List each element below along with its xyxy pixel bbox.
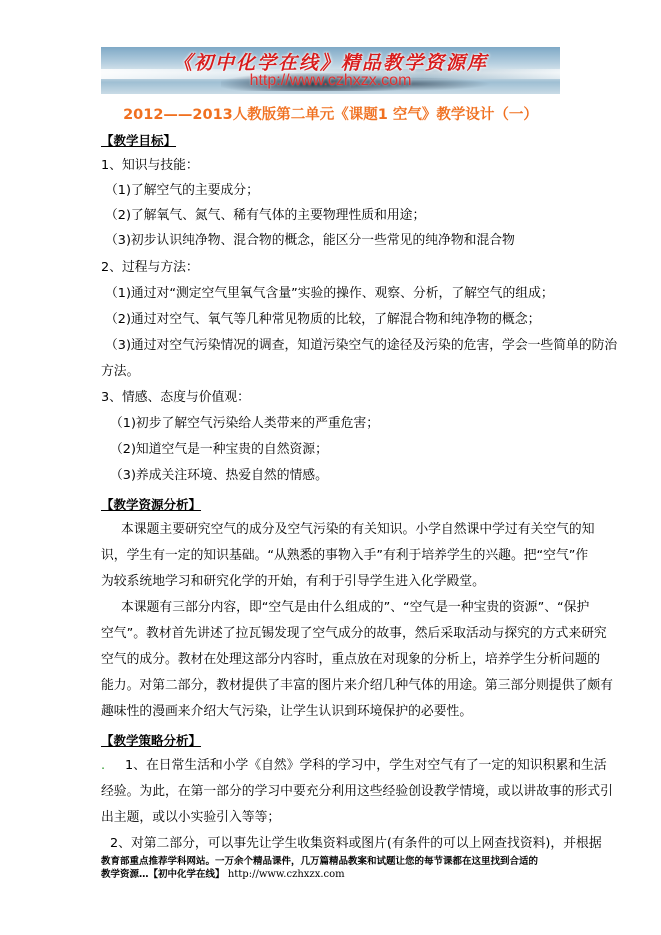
- text-line: 识，学生有一定的知识基础。“从熟悉的事物入手”有利于培养学生的兴趣。把“空气”作: [101, 548, 588, 564]
- text-line: （2)通过对空气、氧气等几种常见物质的比较，了解混合物和纯净物的概念；: [105, 312, 540, 328]
- text-line: （2)了解氧气、氮气、稀有气体的主要物理性质和用途；: [105, 208, 425, 224]
- text-line: （3)通过对空气污染情况的调查，知道污染空气的途径及污染的危害，学会一些简单的防…: [105, 338, 617, 354]
- banner-url[interactable]: http://www.czhxzx.com: [101, 72, 560, 90]
- text-line: 空气”。教材首先讲述了拉瓦锡发现了空气成分的故事，然后采取活动与探究的方式来研究: [101, 626, 607, 642]
- section-heading-strategy-analysis: 【教学策略分析】: [101, 733, 201, 749]
- text-line: 2、对第二部分，可以事先让学生收集资料或图片(有条件的可以上网查找资料)，并根据: [110, 836, 602, 852]
- banner-title: 《初中化学在线》精品教学资源库: [101, 48, 560, 75]
- text-line: 2、过程与方法：: [101, 260, 199, 276]
- text-line: 空气的成分。教材在处理这部分内容时，重点放在对现象的分析上，培养学生分析问题的: [101, 652, 600, 668]
- footer-url[interactable]: http://www.czhxzx.com: [228, 869, 345, 880]
- text-line: （3)养成关注环境、热爱自然的情感。: [110, 468, 328, 484]
- text-line: 能力。对第二部分，教材提供了丰富的图片来介绍几种气体的用途。第三部分则提供了颇有: [101, 678, 613, 694]
- text-line: 1、知识与技能：: [101, 158, 199, 174]
- leading-dot: .: [101, 758, 105, 774]
- text-line: 1、在日常生活和小学《自然》学科的学习中，学生对空气有了一定的知识积累和生活: [125, 758, 607, 774]
- section-heading-teaching-goals: 【教学目标】: [101, 133, 176, 149]
- text-line: 3、情感、态度与价值观：: [101, 390, 250, 406]
- text-line: 为较系统地学习和研究化学的开始，有利于引导学生进入化学殿堂。: [101, 574, 485, 590]
- text-line: （1)初步了解空气污染给人类带来的严重危害；: [110, 416, 379, 432]
- section-heading-resource-analysis: 【教学资源分析】: [101, 497, 201, 513]
- text-line: 出主题，或以小实验引入等等；: [101, 810, 280, 826]
- text-line: 方法。: [101, 364, 139, 380]
- text-line: 本课题主要研究空气的成分及空气污染的有关知识。小学自然课中学过有关空气的知: [121, 522, 594, 538]
- text-line: 趣味性的漫画来介绍大气污染，让学生认识到环境保护的必要性。: [101, 704, 472, 720]
- text-line: 经验。为此，在第一部分的学习中要充分利用这些经验创设教学情境，或以讲故事的形式引: [101, 784, 613, 800]
- text-line: 本课题有三部分内容，即“空气是由什么组成的”、“空气是一种宝贵的资源”、“保护: [121, 600, 589, 616]
- text-line: （1)通过对“测定空气里氧气含量”实验的操作、观察、分析，了解空气的组成；: [105, 286, 554, 302]
- footer-promo-line: 教育部重点推荐学科网站。一万余个精品课件，几万篇精品教案和试题让您的每节课都在这…: [101, 855, 538, 868]
- text-line: （1)了解空气的主要成分；: [105, 183, 259, 199]
- site-banner: 《初中化学在线》精品教学资源库 http://www.czhxzx.com: [101, 47, 560, 94]
- text-line: （2)知道空气是一种宝贵的自然资源；: [110, 442, 328, 458]
- text-line: （3)初步认识纯净物、混合物的概念，能区分一些常见的纯净物和混合物: [105, 233, 515, 249]
- footer-promo-line-2: 教学资源…【初中化学在线】 http://www.czhxzx.com: [101, 868, 345, 881]
- document-title: 2012——2013人教版第二单元《课题1 空气》教学设计（一）: [101, 103, 560, 124]
- footer-site-name: 教学资源…【初中化学在线】: [101, 869, 225, 880]
